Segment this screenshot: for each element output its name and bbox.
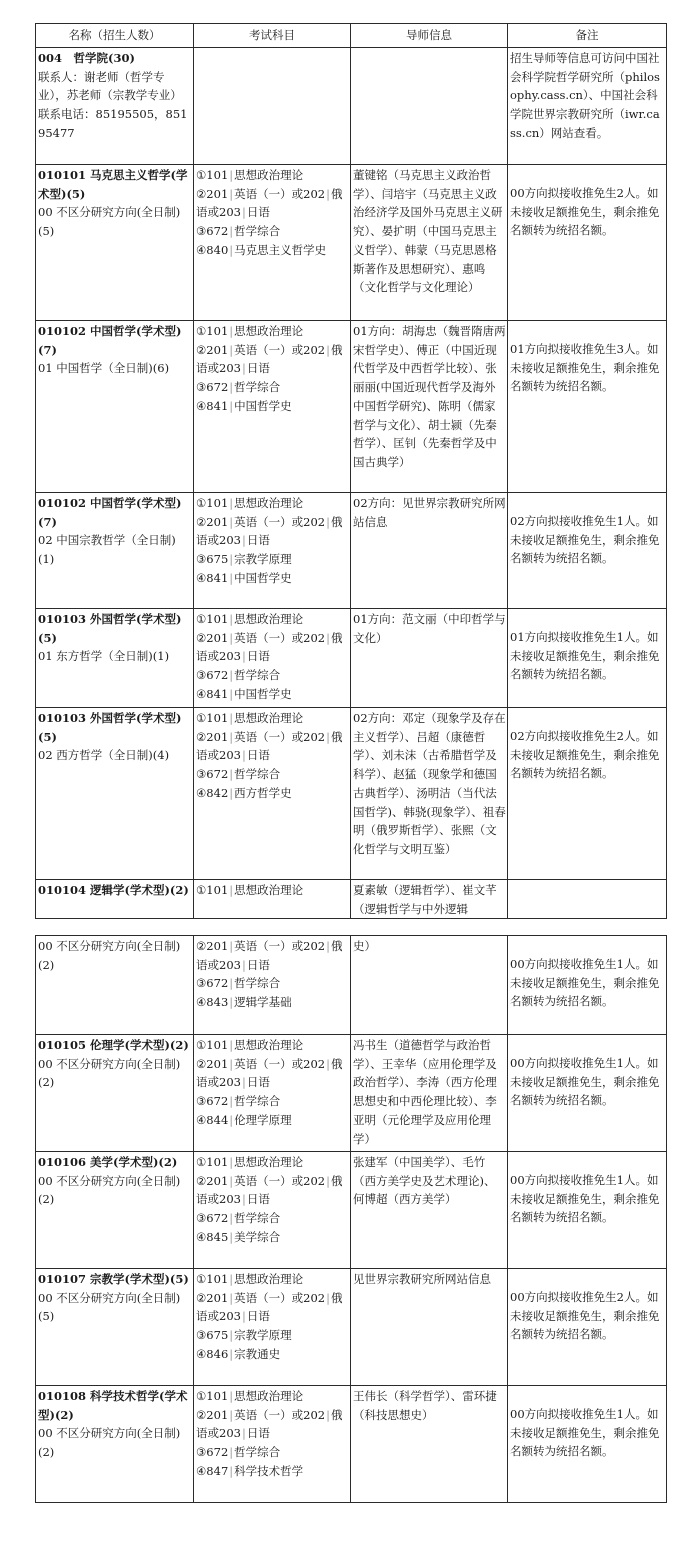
advisor-cell: 01方向：胡海忠（魏晋隋唐两宋哲学史）、傅正（中国近现代哲学及中西哲学比较）、张… [351, 321, 508, 493]
exam-subject: ③672|哲学综合 [196, 1443, 349, 1462]
exam-cell: ①101|思想政治理论②201|英语（一）或202|俄语或203|日语③675|… [194, 493, 351, 609]
major-cell: 010103 外国哲学(学术型)(5) 02 西方哲学（全日制)(4) [36, 708, 194, 880]
exam-subject: ③672|哲学综合 [196, 1092, 349, 1111]
separator: | [326, 187, 330, 201]
exam-subject: ①101|思想政治理论 [196, 1153, 349, 1172]
separator: | [229, 324, 233, 338]
table-row: 010106 美学(学术型)(2) 00 不区分研究方向(全日制)(2) ①10… [36, 1152, 667, 1269]
exam-cell: ①101|思想政治理论②201|英语（一）或202|俄语或203|日语③672|… [194, 1386, 351, 1503]
exam-subject: ③672|哲学综合 [196, 222, 349, 241]
exam-subject: ④846|宗教通史 [196, 1345, 349, 1364]
separator: | [229, 687, 233, 701]
exam-cell: ①101|思想政治理论②201|英语（一）或202|俄语或203|日语③672|… [194, 321, 351, 493]
exam-subject: ①101|思想政治理论 [196, 1387, 349, 1406]
major-name: 010107 宗教学(学术型)(5) [38, 1270, 192, 1289]
major-name: 010102 中国哲学(学术型)(7) [38, 494, 192, 531]
separator: | [242, 1309, 246, 1323]
table-row: 010104 逻辑学(学术型)(2) ①101|思想政治理论 夏素敏（逻辑哲学）… [36, 880, 667, 919]
remark-cell: 02方向拟接收推免生2人。如未接收足额推免生，剩余推免名额转为统招名额。 [508, 708, 667, 880]
separator: | [229, 571, 233, 585]
separator: | [229, 939, 233, 953]
separator: | [229, 1408, 233, 1422]
separator: | [229, 552, 233, 566]
exam-subject: ②201|英语（一）或202|俄语或203|日语 [196, 513, 349, 550]
separator: | [229, 515, 233, 529]
header-advisor: 导师信息 [351, 24, 508, 48]
advisor-cell: 见世界宗教研究所网站信息 [351, 1269, 508, 1386]
exam-subject: ②201|英语（一）或202|俄语或203|日语 [196, 1406, 349, 1443]
exam-subject: ③675|宗教学原理 [196, 550, 349, 569]
exam-subject: ①101|思想政治理论 [196, 881, 349, 900]
separator: | [229, 1445, 233, 1459]
exam-subject: ④844|伦理学原理 [196, 1111, 349, 1130]
advisor-cell: 史） [351, 936, 508, 1035]
dept-exam-empty [194, 48, 351, 165]
separator: | [229, 399, 233, 413]
exam-subject: ④847|科学技术哲学 [196, 1462, 349, 1481]
separator: | [326, 631, 330, 645]
admissions-table-part-1: 名称（招生人数） 考试科目 导师信息 备注 004 哲学院(30) 联系人：谢老… [35, 23, 667, 919]
exam-subject: ④845|美学综合 [196, 1228, 349, 1247]
exam-subject: ②201|英语（一）或202|俄语或203|日语 [196, 1055, 349, 1092]
separator: | [242, 649, 246, 663]
separator: | [229, 1094, 233, 1108]
exam-subject: ①101|思想政治理论 [196, 610, 349, 629]
header-exam: 考试科目 [194, 24, 351, 48]
exam-subject: ②201|英语（一）或202|俄语或203|日语 [196, 341, 349, 378]
major-name: 010103 外国哲学(学术型)(5) [38, 610, 192, 647]
separator: | [229, 243, 233, 257]
exam-subject: ③672|哲学综合 [196, 378, 349, 397]
separator: | [326, 343, 330, 357]
advisor-cell: 02方向：邓定（现象学及存在主义哲学）、吕超（康德哲学）、刘未沫（古希腊哲学及科… [351, 708, 508, 880]
table-row: 010101 马克思主义哲学(学术型)(5) 00 不区分研究方向(全日制)(5… [36, 165, 667, 321]
major-name: 010108 科学技术哲学(学术型)(2) [38, 1387, 192, 1424]
separator: | [229, 1347, 233, 1361]
exam-cell: ①101|思想政治理论②201|英语（一）或202|俄语或203|日语③672|… [194, 165, 351, 321]
exam-subject: ①101|思想政治理论 [196, 322, 349, 341]
advisor-cell: 02方向：见世界宗教研究所网站信息 [351, 493, 508, 609]
dept-row: 004 哲学院(30) 联系人：谢老师（哲学专业），苏老师（宗教学专业） 联系电… [36, 48, 667, 165]
separator: | [229, 767, 233, 781]
separator: | [229, 380, 233, 394]
separator: | [229, 612, 233, 626]
major-name: 010106 美学(学术型)(2) [38, 1153, 192, 1172]
separator: | [229, 1038, 233, 1052]
exam-cell: ①101|思想政治理论②201|英语（一）或202|俄语或203|日语③675|… [194, 1269, 351, 1386]
remark-cell: 00方向拟接收推免生1人。如未接收足额推免生，剩余推免名额转为统招名额。 [508, 936, 667, 1035]
major-name: 010101 马克思主义哲学(学术型)(5) [38, 166, 192, 203]
exam-cell: ①101|思想政治理论②201|英语（一）或202|俄语或203|日语③672|… [194, 1035, 351, 1152]
separator: | [229, 1464, 233, 1478]
remark-cell: 00方向拟接收推免生1人。如未接收足额推免生，剩余推免名额转为统招名额。 [508, 1386, 667, 1503]
major-cell: 010108 科学技术哲学(学术型)(2) 00 不区分研究方向(全日制)(2) [36, 1386, 194, 1503]
direction-name: 00 不区分研究方向(全日制)(2) [38, 1055, 192, 1092]
major-name: 010105 伦理学(学术型)(2) [38, 1036, 192, 1055]
exam-subject: ①101|思想政治理论 [196, 494, 349, 513]
separator: | [229, 1291, 233, 1305]
advisor-cell: 董键铭（马克思主义政治哲学）、闫培宇（马克思主义政治经济学及国外马克思主义研究）… [351, 165, 508, 321]
major-name: 010102 中国哲学(学术型)(7) [38, 322, 192, 359]
dept-advisor-empty [351, 48, 508, 165]
exam-subject: ④841|中国哲学史 [196, 685, 349, 704]
separator: | [229, 1113, 233, 1127]
advisor-cell: 01方向：范文丽（中印哲学与文化） [351, 609, 508, 708]
separator: | [242, 748, 246, 762]
header-row: 名称（招生人数） 考试科目 导师信息 备注 [36, 24, 667, 48]
separator: | [242, 1426, 246, 1440]
advisor-cell: 冯书生（道德哲学与政治哲学）、王幸华（应用伦理学及政治哲学）、李涛（西方伦理思想… [351, 1035, 508, 1152]
major-cell: 010106 美学(学术型)(2) 00 不区分研究方向(全日制)(2) [36, 1152, 194, 1269]
exam-subject: ③672|哲学综合 [196, 1209, 349, 1228]
table-row: 010103 外国哲学(学术型)(5) 01 东方哲学（全日制)(1) ①101… [36, 609, 667, 708]
separator: | [326, 1057, 330, 1071]
exam-subject: ②201|英语（一）或202|俄语或203|日语 [196, 1289, 349, 1326]
remark-cell: 01方向拟接收推免生1人。如未接收足额推免生，剩余推免名额转为统招名额。 [508, 609, 667, 708]
separator: | [229, 1155, 233, 1169]
separator: | [229, 631, 233, 645]
dept-remark: 招生导师等信息可访问中国社会科学院哲学研究所（philosophy.cass.c… [508, 48, 667, 165]
header-remark: 备注 [508, 24, 667, 48]
direction-name: 00 不区分研究方向(全日制)(5) [38, 203, 192, 240]
separator: | [242, 205, 246, 219]
exam-subject: ①101|思想政治理论 [196, 1036, 349, 1055]
remark-cell [508, 880, 667, 919]
major-cell: 010104 逻辑学(学术型)(2) [36, 880, 194, 919]
separator: | [229, 1389, 233, 1403]
exam-subject: ②201|英语（一）或202|俄语或203|日语 [196, 728, 349, 765]
separator: | [326, 515, 330, 529]
separator: | [326, 730, 330, 744]
direction-name: 00 不区分研究方向(全日制)(5) [38, 1289, 192, 1326]
direction-name: 00 不区分研究方向(全日制)(2) [38, 937, 192, 974]
direction-name: 00 不区分研究方向(全日制)(2) [38, 1172, 192, 1209]
dept-info: 004 哲学院(30) 联系人：谢老师（哲学专业），苏老师（宗教学专业） 联系电… [36, 48, 194, 165]
major-cell: 010107 宗教学(学术型)(5) 00 不区分研究方向(全日制)(5) [36, 1269, 194, 1386]
advisor-cell: 张建军（中国美学）、毛竹（西方美学史及艺术理论)、何博超（西方美学） [351, 1152, 508, 1269]
direction-name: 01 中国哲学（全日制)(6) [38, 359, 192, 378]
separator: | [326, 1174, 330, 1188]
separator: | [229, 883, 233, 897]
exam-subject: ③672|哲学综合 [196, 974, 349, 993]
exam-cell: ①101|思想政治理论②201|英语（一）或202|俄语或203|日语③672|… [194, 1152, 351, 1269]
dept-title: 004 哲学院(30) [38, 49, 192, 68]
exam-subject: ②201|英语（一）或202|俄语或203|日语 [196, 1172, 349, 1209]
separator: | [229, 1230, 233, 1244]
exam-subject: ③672|哲学综合 [196, 765, 349, 784]
exam-subject: ①101|思想政治理论 [196, 166, 349, 185]
separator: | [242, 533, 246, 547]
separator: | [242, 361, 246, 375]
direction-name: 01 东方哲学（全日制)(1) [38, 647, 192, 666]
admissions-table-part-2: 00 不区分研究方向(全日制)(2) ②201|英语（一）或202|俄语或203… [35, 935, 667, 1503]
remark-cell: 00方向拟接收推免生2人。如未接收足额推免生，剩余推免名额转为统招名额。 [508, 1269, 667, 1386]
exam-subject: ③675|宗教学原理 [196, 1326, 349, 1345]
exam-cell: ①101|思想政治理论②201|英语（一）或202|俄语或203|日语③672|… [194, 708, 351, 880]
separator: | [229, 1272, 233, 1286]
exam-cell: ①101|思想政治理论 [194, 880, 351, 919]
table-row: 010102 中国哲学(学术型)(7) 02 中国宗教哲学（全日制)(1) ①1… [36, 493, 667, 609]
remark-cell: 02方向拟接收推免生1人。如未接收足额推免生，剩余推免名额转为统招名额。 [508, 493, 667, 609]
separator: | [229, 1057, 233, 1071]
separator: | [229, 786, 233, 800]
table-row: 010105 伦理学(学术型)(2) 00 不区分研究方向(全日制)(2) ①1… [36, 1035, 667, 1152]
exam-subject: ①101|思想政治理论 [196, 1270, 349, 1289]
remark-cell: 01方向拟接收推免生3人。如未接收足额推免生，剩余推免名额转为统招名额。 [508, 321, 667, 493]
separator: | [242, 1075, 246, 1089]
dept-contact: 联系人：谢老师（哲学专业），苏老师（宗教学专业） [38, 68, 192, 105]
separator: | [229, 224, 233, 238]
exam-subject: ④843|逻辑学基础 [196, 993, 349, 1012]
exam-subject: ③672|哲学综合 [196, 666, 349, 685]
direction-name: 00 不区分研究方向(全日制)(2) [38, 1424, 192, 1461]
major-cell: 010103 外国哲学(学术型)(5) 01 东方哲学（全日制)(1) [36, 609, 194, 708]
separator: | [242, 958, 246, 972]
separator: | [326, 939, 330, 953]
separator: | [229, 1328, 233, 1342]
exam-subject: ④841|中国哲学史 [196, 397, 349, 416]
major-cell: 010102 中国哲学(学术型)(7) 01 中国哲学（全日制)(6) [36, 321, 194, 493]
separator: | [229, 187, 233, 201]
exam-subject: ②201|英语（一）或202|俄语或203|日语 [196, 937, 349, 974]
exam-subject: ④840|马克思主义哲学史 [196, 241, 349, 260]
major-cell: 010102 中国哲学(学术型)(7) 02 中国宗教哲学（全日制)(1) [36, 493, 194, 609]
dept-phone: 联系电话：85195505，85195477 [38, 105, 192, 142]
advisor-cell: 王伟长（科学哲学）、雷环捷（科技思想史） [351, 1386, 508, 1503]
table-row: 00 不区分研究方向(全日制)(2) ②201|英语（一）或202|俄语或203… [36, 936, 667, 1035]
remark-cell: 00方向拟接收推免生1人。如未接收足额推免生，剩余推免名额转为统招名额。 [508, 1035, 667, 1152]
exam-subject: ④841|中国哲学史 [196, 569, 349, 588]
separator: | [326, 1291, 330, 1305]
advisor-cell: 夏素敏（逻辑哲学）、崔文芊（逻辑哲学与中外逻辑 [351, 880, 508, 919]
exam-subject: ②201|英语（一）或202|俄语或203|日语 [196, 185, 349, 222]
separator: | [229, 711, 233, 725]
major-name: 010104 逻辑学(学术型)(2) [38, 881, 192, 900]
separator: | [229, 496, 233, 510]
table-row: 010102 中国哲学(学术型)(7) 01 中国哲学（全日制)(6) ①101… [36, 321, 667, 493]
separator: | [229, 168, 233, 182]
exam-subject: ④842|西方哲学史 [196, 784, 349, 803]
remark-cell: 00方向拟接收推免生2人。如未接收足额推免生，剩余推免名额转为统招名额。 [508, 165, 667, 321]
direction-name: 02 中国宗教哲学（全日制)(1) [38, 531, 192, 568]
major-cell: 010101 马克思主义哲学(学术型)(5) 00 不区分研究方向(全日制)(5… [36, 165, 194, 321]
separator: | [229, 343, 233, 357]
separator: | [326, 1408, 330, 1422]
separator: | [242, 1192, 246, 1206]
separator: | [229, 1211, 233, 1225]
separator: | [229, 976, 233, 990]
separator: | [229, 668, 233, 682]
direction-name: 02 西方哲学（全日制)(4) [38, 746, 192, 765]
separator: | [229, 1174, 233, 1188]
major-name: 010103 外国哲学(学术型)(5) [38, 709, 192, 746]
exam-subject: ②201|英语（一）或202|俄语或203|日语 [196, 629, 349, 666]
table-row: 010103 外国哲学(学术型)(5) 02 西方哲学（全日制)(4) ①101… [36, 708, 667, 880]
exam-cell: ②201|英语（一）或202|俄语或203|日语③672|哲学综合④843|逻辑… [194, 936, 351, 1035]
major-cell: 010105 伦理学(学术型)(2) 00 不区分研究方向(全日制)(2) [36, 1035, 194, 1152]
table-row: 010107 宗教学(学术型)(5) 00 不区分研究方向(全日制)(5) ①1… [36, 1269, 667, 1386]
separator: | [229, 730, 233, 744]
exam-cell: ①101|思想政治理论②201|英语（一）或202|俄语或203|日语③672|… [194, 609, 351, 708]
table-row: 010108 科学技术哲学(学术型)(2) 00 不区分研究方向(全日制)(2)… [36, 1386, 667, 1503]
separator: | [229, 995, 233, 1009]
major-cell: 00 不区分研究方向(全日制)(2) [36, 936, 194, 1035]
header-name: 名称（招生人数） [36, 24, 194, 48]
exam-subject: ①101|思想政治理论 [196, 709, 349, 728]
remark-cell: 00方向拟接收推免生1人。如未接收足额推免生，剩余推免名额转为统招名额。 [508, 1152, 667, 1269]
